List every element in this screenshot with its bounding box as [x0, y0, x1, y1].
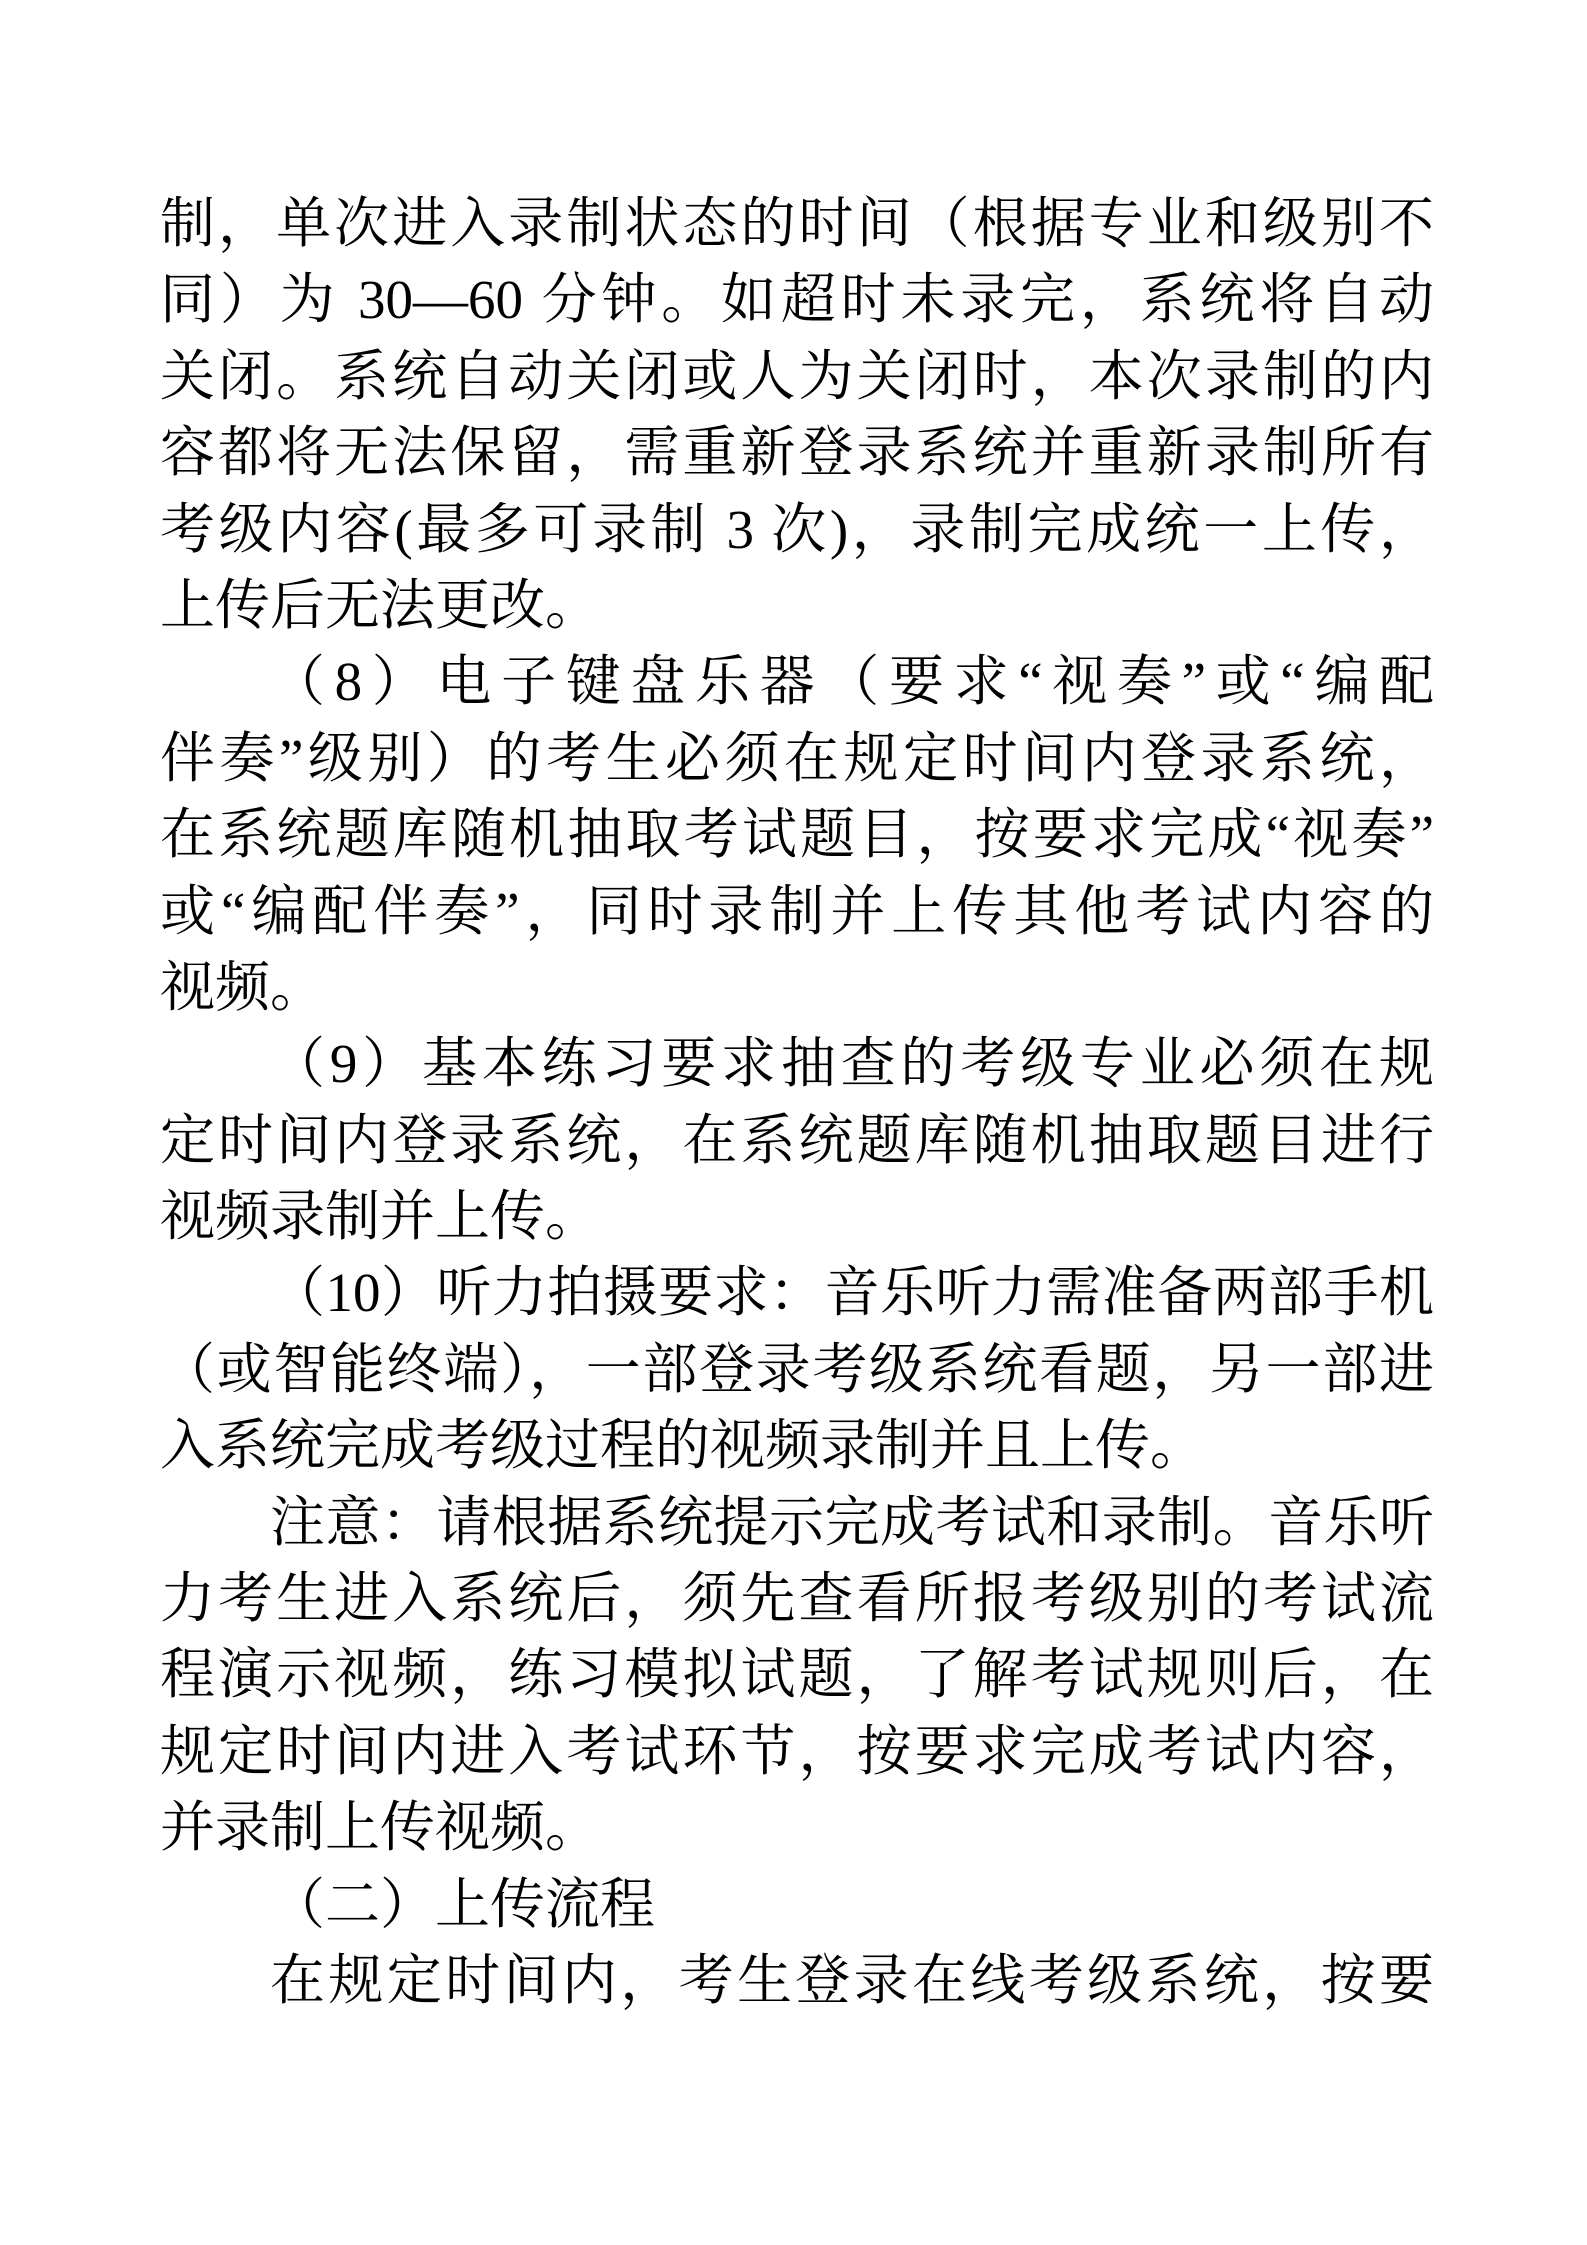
text-line: 伴奏”级别）的考生必须在规定时间内登录系统，	[160, 721, 1434, 797]
text-line: 并录制上传视频。	[160, 1790, 1434, 1866]
text-line: 视频。	[160, 950, 1434, 1026]
text-line: 程演示视频，练习模拟试题，了解考试规则后，在	[160, 1637, 1434, 1713]
text-line-item-8: （8）电子键盘乐器（要求“视奏”或“编配	[160, 644, 1434, 720]
text-line-section-heading: （二）上传流程	[160, 1867, 1434, 1943]
text-line: 视频录制并上传。	[160, 1179, 1434, 1255]
text-line: 力考生进入系统后，须先查看所报考级别的考试流	[160, 1561, 1434, 1637]
text-line: 或“编配伴奏”，同时录制并上传其他考试内容的	[160, 874, 1434, 950]
text-line-note: 注意：请根据系统提示完成考试和录制。音乐听	[160, 1485, 1434, 1561]
text-line: 在规定时间内，考生登录在线考级系统，按要	[160, 1943, 1434, 2019]
document-page: 制，单次进入录制状态的时间（根据专业和级别不 同）为 30—60 分钟。如超时未…	[0, 0, 1587, 2245]
text-line: 同）为 30—60 分钟。如超时未录完，系统将自动	[160, 262, 1434, 338]
text-line-item-9: （9）基本练习要求抽查的考级专业必须在规	[160, 1026, 1434, 1102]
text-line: 容都将无法保留，需重新登录系统并重新录制所有	[160, 415, 1434, 491]
text-line: 在系统题库随机抽取考试题目，按要求完成“视奏”	[160, 797, 1434, 873]
text-line: 关闭。系统自动关闭或人为关闭时，本次录制的内	[160, 339, 1434, 415]
text-line: 上传后无法更改。	[160, 568, 1434, 644]
text-line: 规定时间内进入考试环节，按要求完成考试内容，	[160, 1714, 1434, 1790]
text-line: 入系统完成考级过程的视频录制并且上传。	[160, 1408, 1434, 1484]
text-line: （或智能终端），一部登录考级系统看题，另一部进	[160, 1332, 1434, 1408]
text-line-item-10: （10）听力拍摄要求：音乐听力需准备两部手机	[160, 1255, 1434, 1331]
text-line: 考级内容(最多可录制 3 次)，录制完成统一上传，	[160, 492, 1434, 568]
text-line: 定时间内登录系统，在系统题库随机抽取题目进行	[160, 1103, 1434, 1179]
document-text-block: 制，单次进入录制状态的时间（根据专业和级别不 同）为 30—60 分钟。如超时未…	[160, 186, 1434, 2019]
text-line: 制，单次进入录制状态的时间（根据专业和级别不	[160, 186, 1434, 262]
